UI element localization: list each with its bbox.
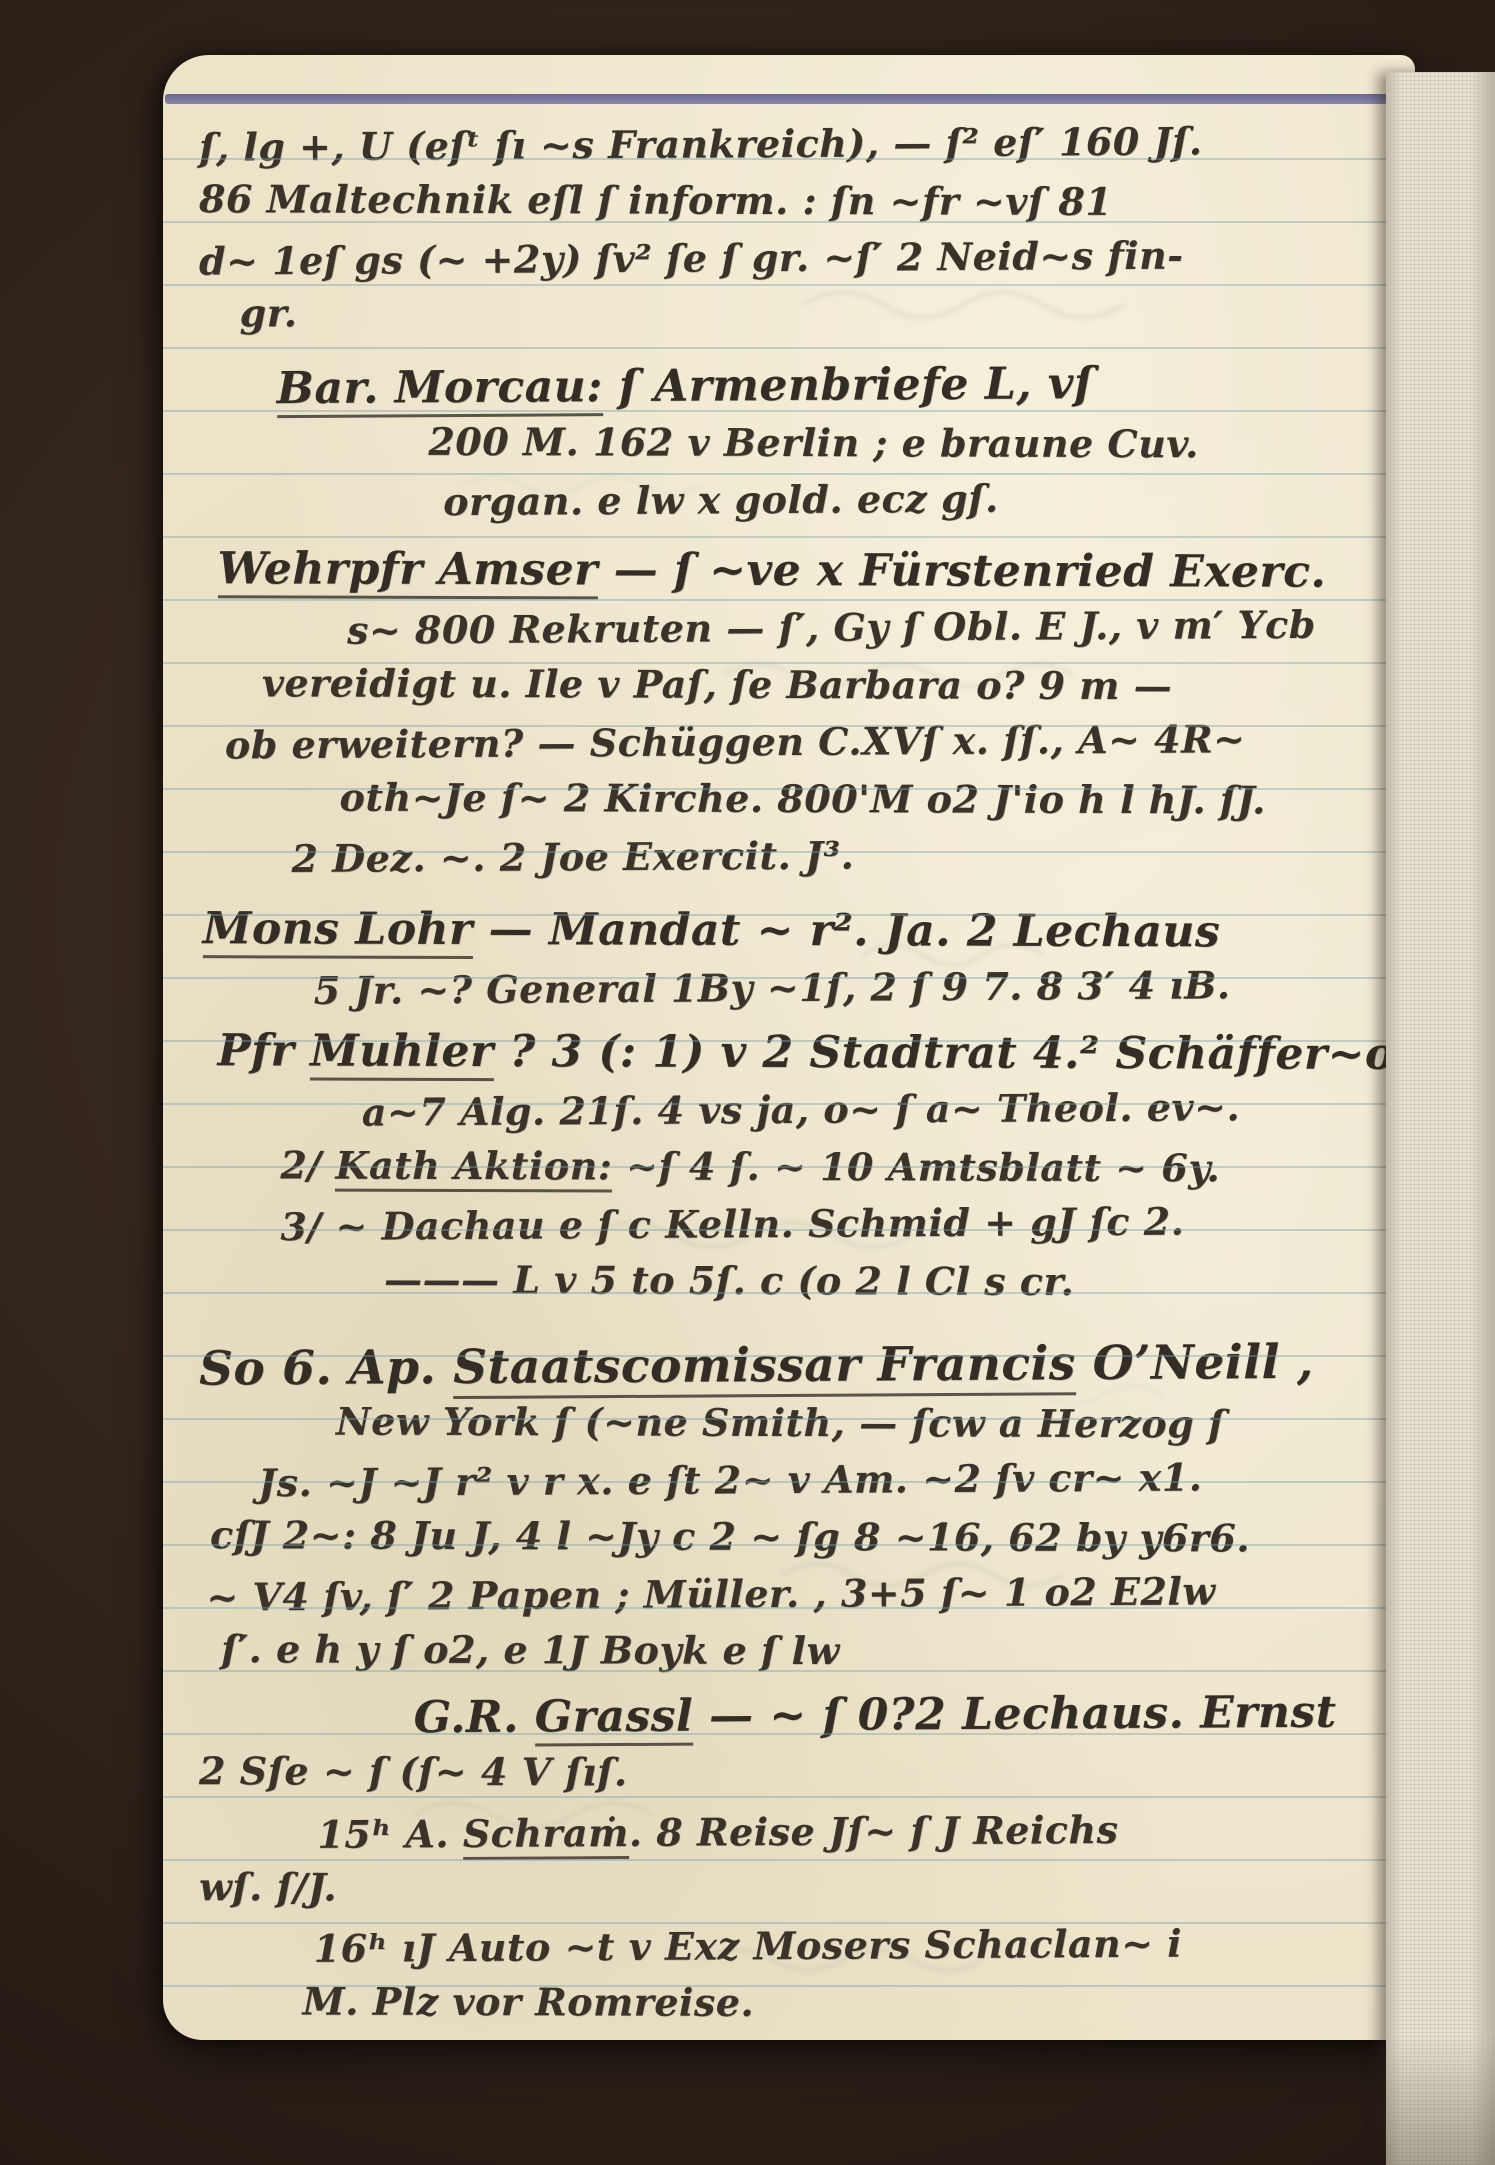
underlined-name: Mons Lohr <box>203 903 473 959</box>
handwriting-line: wſ. ſ/J. <box>163 1858 1415 1919</box>
handwriting-text: gr. <box>240 290 298 335</box>
handwriting-line: 16ʰ ıJ Auto ~t v Exz Mosers Schaclan~ i <box>163 1913 1415 1978</box>
handwriting-line: 15ʰ A. Schraṁ. 8 Reise Jſ~ ſ J Reichs <box>163 1799 1415 1864</box>
handwriting-text: 86 Maltechnik eſl ſ inform. : ſn ~fr ~vſ… <box>199 176 1112 224</box>
handwriting-line: vereidigt u. Ile v Paſ, ſe Barbara o? 9 … <box>163 654 1415 715</box>
underlined-name: Muhler <box>310 1025 494 1081</box>
binding-cloth <box>1386 72 1495 2165</box>
handwriting-text: . 8 Reise Jſ~ ſ J Reichs <box>629 1807 1119 1855</box>
handwriting-text: 3/ ~ Dachau e ſ c Kelln. Schmid + gJ ſc … <box>280 1199 1184 1250</box>
handwriting-text: 2/ <box>280 1142 335 1187</box>
handwriting-line: Mons Lohr — Mandat ~ r². Ja. 2 Lechaus <box>163 900 1415 961</box>
handwriting-text: 16ʰ ıJ Auto ~t v Exz Mosers Schaclan~ i <box>314 1921 1183 1971</box>
handwriting-line: So 6. Ap. Staatscomissar Francis O’Neill… <box>163 1333 1415 1398</box>
handwriting-text: Pfr <box>217 1025 310 1076</box>
handwriting-text: — Mandat ~ r². Ja. 2 Lechaus <box>473 904 1221 957</box>
handwriting-text: organ. e lw x gold. ecz gſ. <box>443 476 999 524</box>
handwriting-line: oth~Je ſ~ 2 Kirche. 800'M o2 J'io h l hJ… <box>163 768 1415 829</box>
handwriting-lines: ſ, lg +, U (eſᵗ ſı ~s Frankreich), — ſ² … <box>163 115 1415 2031</box>
underlined-name: Wehrpfr Amser <box>217 543 597 599</box>
handwriting-line: ——— L v 5 to 5ſ. c (o 2 l Cl s cr. <box>163 1250 1415 1311</box>
handwriting-line: a~7 Alg. 21ſ. 4 vs ja, o~ ſ a~ Theol. ev… <box>163 1077 1415 1142</box>
handwriting-line: G.R. Grassl — ~ ſ 0?2 Lechaus. Ernst <box>163 1683 1415 1748</box>
handwriting-text: ? 3 (: 1) v 2 Stadtrat 4.² Schäffer~o <box>494 1026 1395 1080</box>
handwriting-text: — ~ ſ 0?2 Lechaus. Ernst <box>693 1687 1337 1742</box>
handwriting-line: Wehrpfr Amser — ſ ~ve x Fürstenried Exer… <box>163 540 1415 601</box>
handwriting-line: 86 Maltechnik eſl ſ inform. : ſn ~fr ~vſ… <box>163 170 1415 231</box>
photo-background: ſ, lg +, U (eſᵗ ſı ~s Frankreich), — ſ² … <box>0 0 1495 2165</box>
handwriting-text: s~ 800 Rekruten — ſ′, Gy ſ Obl. E J., v … <box>347 602 1316 653</box>
handwriting-text: a~7 Alg. 21ſ. 4 vs ja, o~ ſ a~ Theol. ev… <box>362 1084 1241 1134</box>
handwriting-text: ſ, lg +, U (eſᵗ ſı ~s Frankreich), — ſ² … <box>199 118 1203 169</box>
handwriting-line: 200 M. 162 v Berlin ; e braune Cuv. <box>163 412 1415 473</box>
underlined-name: Kath Aktion: <box>335 1143 612 1193</box>
handwriting-text: wſ. ſ/J. <box>199 1864 337 1909</box>
handwriting-text: d~ 1eſ gs (~ +2y) ſv² ſe ſ gr. ~ſ′ 2 Nei… <box>199 233 1184 284</box>
handwriting-text: 2 Dez. ~. 2 Joe Exercit. J³. <box>291 833 854 881</box>
handwriting-text: vereidigt u. Ile v Paſ, ſe Barbara o? 9 … <box>262 660 1172 708</box>
handwriting-line: M. Plz vor Romreise. <box>163 1972 1415 2033</box>
handwriting-line: ob erweitern? — Schüggen C.XVſ x. ſſ., A… <box>163 709 1415 774</box>
handwriting-line: cſJ 2~: 8 Ju J, 4 l ~Jy c 2 ~ ſg 8 ~16, … <box>163 1506 1415 1567</box>
handwriting-line: organ. e lw x gold. ecz gſ. <box>163 467 1415 532</box>
handwriting-line: ſ, lg +, U (eſᵗ ſı ~s Frankreich), — ſ² … <box>163 111 1415 176</box>
handwriting-text: ——— L v 5 to 5ſ. c (o 2 l Cl s cr. <box>384 1257 1074 1304</box>
handwriting-line: gr. <box>163 284 1415 345</box>
handwriting-line: ~ V4 ſv, ſ′ 2 Papen ; Müller. , 3+5 ſ~ 1… <box>163 1561 1415 1626</box>
underlined-name: Schraṁ <box>463 1810 629 1860</box>
handwriting-text: 2 Sſe ~ ſ (ſ~ 4 V ſıſ. <box>199 1748 628 1794</box>
handwriting-text: cſJ 2~: 8 Ju J, 4 l ~Jy c 2 ~ ſg 8 ~16, … <box>210 1512 1250 1560</box>
handwriting-line: s~ 800 Rekruten — ſ′, Gy ſ Obl. E J., v … <box>163 595 1415 660</box>
handwriting-line: 2 Sſe ~ ſ (ſ~ 4 V ſıſ. <box>163 1742 1415 1803</box>
handwriting-text: O’Neill , <box>1076 1335 1314 1391</box>
handwriting-text: ſ Armenbriefe L, vſ <box>603 358 1094 412</box>
handwriting-text: ſ′. e h y ſ o2, e 1J Boyk e ſ lw <box>221 1626 840 1673</box>
top-margin-rule <box>165 94 1413 104</box>
handwriting-text: ~ſ 4 ſ. ~ 10 Amtsblatt ~ 6y. <box>612 1143 1220 1190</box>
handwriting-text: 15ʰ A. <box>317 1811 463 1857</box>
handwriting-text: oth~Je ſ~ 2 Kirche. 800'M o2 J'io h l hJ… <box>340 775 1266 823</box>
handwriting-text: ob erweitern? — Schüggen C.XVſ x. ſſ., A… <box>225 716 1246 767</box>
handwriting-line: 3/ ~ Dachau e ſ c Kelln. Schmid + gJ ſc … <box>163 1191 1415 1256</box>
handwriting-text: New York ſ (~ne Smith, — ſcw a Herzog ſ <box>336 1399 1225 1447</box>
underlined-name: Grassl <box>534 1691 693 1747</box>
handwriting-line: Js. ~J ~J r² v r x. e ſt 2~ v Am. ~2 ſv … <box>163 1447 1415 1512</box>
handwriting-text: — ſ ~ve x Fürstenried Exerc. <box>598 544 1327 597</box>
handwriting-text: 200 M. 162 v Berlin ; e braune Cuv. <box>428 419 1199 466</box>
handwriting-line: Pfr Muhler ? 3 (: 1) v 2 Stadtrat 4.² Sc… <box>163 1022 1415 1083</box>
handwriting-text: M. Plz vor Romreise. <box>303 1978 755 2024</box>
handwriting-text: 5 Jr. ~? General 1By ~1ſ, 2 ſ 9 7. 8 3′ … <box>314 962 1231 1013</box>
underlined-name: Bar. Morcau: <box>277 361 604 418</box>
handwriting-line: ſ′. e h y ſ o2, e 1J Boyk e ſ lw <box>163 1620 1415 1681</box>
underlined-name: Staatscomissar Francis <box>453 1336 1076 1399</box>
notebook-page: ſ, lg +, U (eſᵗ ſı ~s Frankreich), — ſ² … <box>163 55 1415 2040</box>
binding-cloth-shade <box>1386 2035 1495 2165</box>
handwriting-text: So 6. Ap. <box>199 1340 453 1397</box>
handwriting-line: New York ſ (~ne Smith, — ſcw a Herzog ſ <box>163 1392 1415 1453</box>
handwriting-line: d~ 1eſ gs (~ +2y) ſv² ſe ſ gr. ~ſ′ 2 Nei… <box>163 225 1415 290</box>
handwriting-text: Js. ~J ~J r² v r x. e ſt 2~ v Am. ~2 ſv … <box>258 1454 1202 1505</box>
handwriting-line: 2/ Kath Aktion: ~ſ 4 ſ. ~ 10 Amtsblatt ~… <box>163 1136 1415 1197</box>
handwriting-line: 5 Jr. ~? General 1By ~1ſ, 2 ſ 9 7. 8 3′ … <box>163 955 1415 1020</box>
handwriting-text: G.R. <box>413 1692 534 1744</box>
handwriting-line: Bar. Morcau: ſ Armenbriefe L, vſ <box>163 353 1415 418</box>
handwriting-line: 2 Dez. ~. 2 Joe Exercit. J³. <box>163 823 1415 888</box>
handwriting-text: ~ V4 ſv, ſ′ 2 Papen ; Müller. , 3+5 ſ~ 1… <box>206 1568 1215 1619</box>
